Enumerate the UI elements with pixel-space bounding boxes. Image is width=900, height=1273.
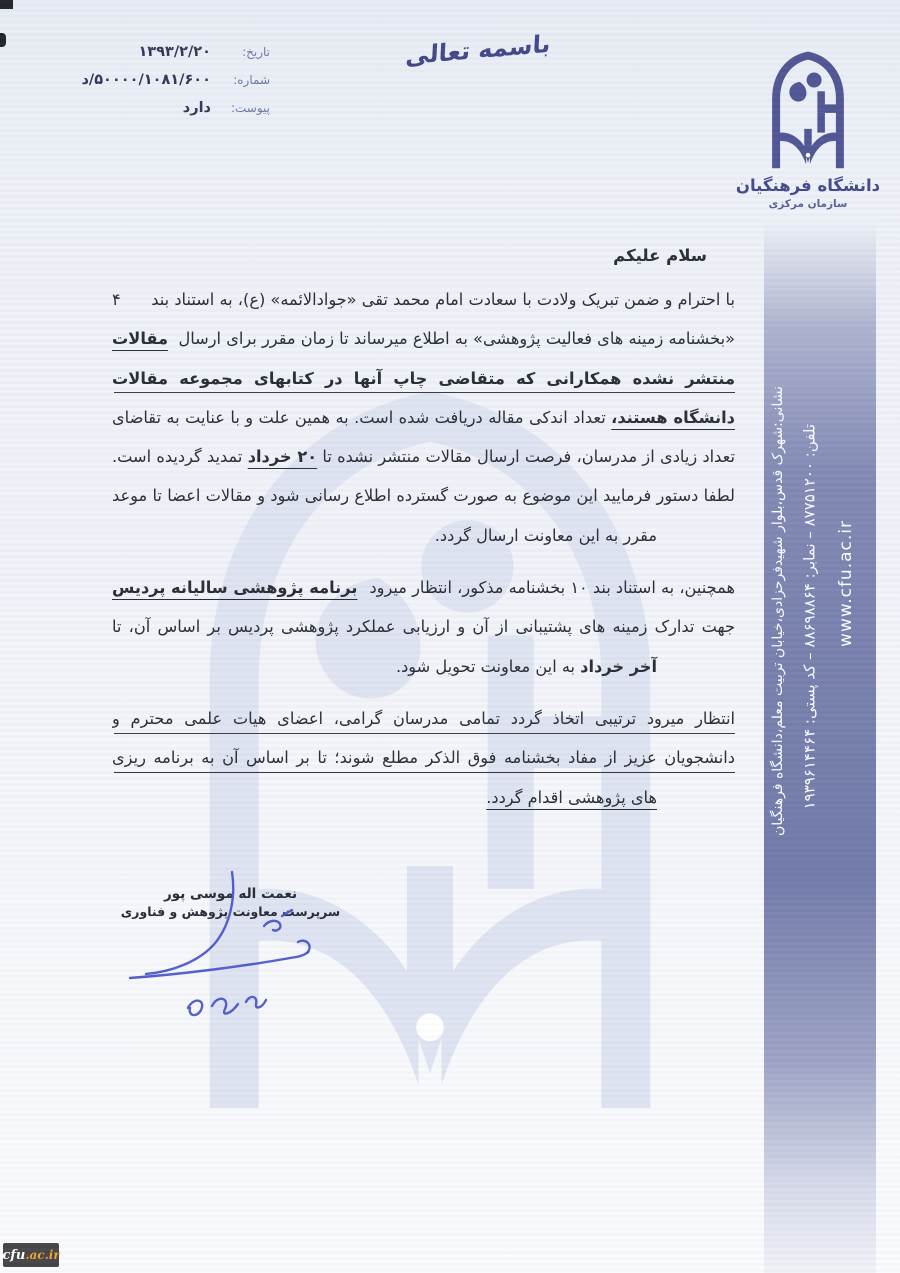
signature-block: نعمت اله موسی پور سرپرست معاونت پژوهش و …: [118, 886, 343, 919]
date-label: تاریخ:: [218, 45, 270, 59]
text-segment: مقرر به این معاونت ارسال گردد.: [435, 526, 657, 545]
letter-body: سلام علیکم با احترام و ضمن تبریک ولادت ب…: [112, 236, 735, 830]
paragraph: انتظار میرود ترتیبی اتخاذ گردد تمامی مدر…: [112, 699, 735, 817]
letter-paragraphs: با احترام و ضمن تبریک ولادت با سعادت اما…: [112, 280, 735, 817]
body-line: آخر خرداد به این معاونت تحویل شود.: [112, 647, 735, 686]
paragraph: با احترام و ضمن تبریک ولادت با سعادت اما…: [112, 280, 735, 555]
attachment-value: دارد: [183, 100, 211, 116]
text-segment: به این معاونت تحویل شود.: [396, 657, 580, 676]
website-vertical-text: www.cfu.ac.ir: [836, 520, 856, 647]
text-segment: ۴: [112, 290, 121, 309]
date-row: تاریخ: ۱۳۹۳/۲/۲۰: [12, 44, 270, 72]
scan-artifact: [0, 0, 13, 9]
body-line: های پژوهشی اقدام گردد.: [112, 778, 735, 817]
body-line: منتشر نشده همکارانی که متقاضی چاپ آنها د…: [112, 359, 735, 398]
text-segment: ۲۰ خرداد: [248, 447, 317, 466]
body-line: تعداد زیادی از مدرسان، فرصت ارسال مقالات…: [112, 437, 735, 476]
salutation: سلام علیکم: [112, 236, 735, 280]
university-logo-icon: [761, 50, 855, 172]
body-line: مقرر به این معاونت ارسال گردد.: [112, 516, 735, 555]
number-value: ۵۰۰۰۰/۱۰۸۱/۶۰۰/د: [81, 72, 211, 88]
text-segment: منتشر نشده همکارانی که متقاضی چاپ آنها د…: [112, 369, 735, 398]
university-logo: دانشگاه فرهنگیان سازمان مرکزی: [726, 50, 890, 210]
cfu-website-badge: cfu.ac.ir: [3, 1243, 59, 1267]
number-label: شماره:: [218, 73, 270, 87]
text-segment: با احترام و ضمن تبریک ولادت با سعادت اما…: [151, 290, 735, 309]
body-line: «بخشنامه زمینه های فعالیت پژوهشی» به اطل…: [112, 319, 735, 358]
contact-info-band: نشانی:شهرک قدس،بلوار شهیدفرحزادی،خیابان …: [764, 222, 876, 1273]
attachment-label: پیوست:: [218, 101, 270, 115]
attachment-row: پیوست: دارد: [12, 100, 270, 128]
text-segment: جهت تدارک زمینه های پشتیبانی از آن و ارز…: [112, 617, 735, 636]
body-line: دانشجویان عزیز از مفاد بخشنامه فوق الذکر…: [112, 738, 735, 777]
phone-fax-postal-vertical-text: تلفن: ۸۷۷۵۱۲۰۰ – نمابر: ۸۸۶۹۸۸۶۴ – کد پس…: [800, 424, 818, 809]
text-segment: مقالات: [112, 329, 168, 348]
text-segment: دانشگاه هستند،: [611, 408, 735, 427]
signatory-title: سرپرست معاونت پژوهش و فناوری: [118, 904, 343, 919]
besmellah-calligraphy: باسمه تعالی: [388, 28, 569, 72]
body-line: انتظار میرود ترتیبی اتخاذ گردد تمامی مدر…: [112, 699, 735, 738]
text-segment: همچنین، به استناد بند ۱۰ بخشنامه مذکور، …: [369, 578, 735, 597]
body-line: لطفا دستور فرمایید این موضوع به صورت گست…: [112, 476, 735, 515]
letterhead-meta: تاریخ: ۱۳۹۳/۲/۲۰ شماره: ۵۰۰۰۰/۱۰۸۱/۶۰۰/د…: [12, 44, 270, 128]
text-segment: آخر خرداد: [580, 657, 657, 676]
scanned-letter-page: تاریخ: ۱۳۹۳/۲/۲۰ شماره: ۵۰۰۰۰/۱۰۸۱/۶۰۰/د…: [0, 0, 900, 1273]
text-segment: تمدید گردیده است.: [112, 447, 248, 466]
signatory-name: نعمت اله موسی پور: [118, 886, 343, 902]
date-value: ۱۳۹۳/۲/۲۰: [138, 44, 211, 60]
badge-suffix-text: .ac.ir: [25, 1248, 59, 1262]
body-line: جهت تدارک زمینه های پشتیبانی از آن و ارز…: [112, 607, 735, 646]
address-vertical-text: نشانی:شهرک قدس،بلوار شهیدفرحزادی،خیابان …: [770, 386, 786, 836]
text-segment: «بخشنامه زمینه های فعالیت پژوهشی» به اطل…: [178, 329, 735, 348]
text-segment: های پژوهشی اقدام گردد.: [486, 788, 657, 807]
body-line: دانشگاه هستند، تعداد اندکی مقاله دریافت …: [112, 398, 735, 437]
text-segment: تعداد زیادی از مدرسان، فرصت ارسال مقالات…: [317, 447, 735, 466]
paragraph: همچنین، به استناد بند ۱۰ بخشنامه مذکور، …: [112, 568, 735, 686]
number-row: شماره: ۵۰۰۰۰/۱۰۸۱/۶۰۰/د: [12, 72, 270, 100]
text-segment: دانشجویان عزیز از مفاد بخشنامه فوق الذکر…: [112, 748, 735, 777]
text-segment: تعداد اندکی مقاله دریافت شده است. به همی…: [112, 408, 611, 427]
text-segment: لطفا دستور فرمایید این موضوع به صورت گست…: [112, 486, 735, 505]
text-segment: برنامه پژوهشی سالیانه پردیس: [112, 578, 357, 597]
body-line: با احترام و ضمن تبریک ولادت با سعادت اما…: [112, 280, 735, 319]
organization-name: سازمان مرکزی: [726, 198, 890, 210]
scan-artifact: [0, 33, 6, 47]
university-name: دانشگاه فرهنگیان: [726, 176, 890, 195]
badge-main-text: cfu: [2, 1248, 25, 1263]
text-segment: انتظار میرود ترتیبی اتخاذ گردد تمامی مدر…: [112, 709, 735, 728]
body-line: همچنین، به استناد بند ۱۰ بخشنامه مذکور، …: [112, 568, 735, 607]
